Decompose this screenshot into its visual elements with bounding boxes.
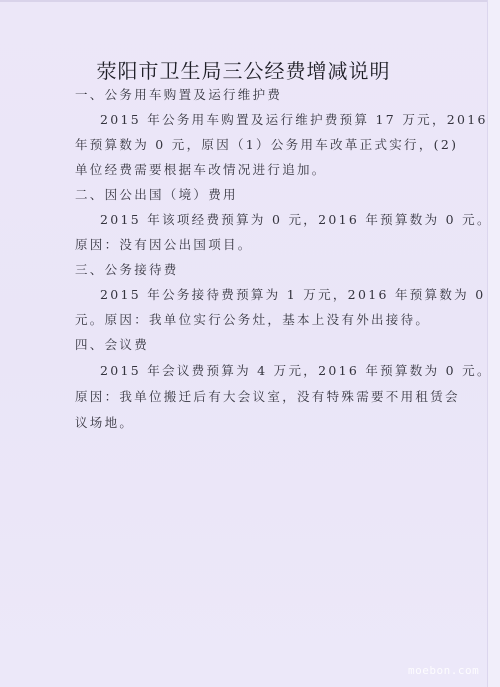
section-text-line: 原因：我单位搬迁后有大会议室，没有特殊需要不用租赁会 (75, 388, 460, 406)
section-heading-meeting: 四、会议费 (75, 336, 149, 354)
section-text-line: 2015 年该项经费预算为 0 元，2016 年预算数为 0 元。 (100, 211, 492, 229)
section-heading-reception: 三、公务接待费 (75, 261, 179, 279)
section-text-line: 2015 年会议费预算为 4 万元，2016 年预算数为 0 元。 (100, 362, 492, 380)
section-text-line: 原因：没有因公出国项目。 (75, 236, 253, 254)
section-text-line: 议场地。 (75, 414, 134, 432)
document-page: 荥阳市卫生局三公经费增减说明 一、公务用车购置及运行维护费 2015 年公务用车… (0, 0, 487, 687)
section-heading-vehicle: 一、公务用车购置及运行维护费 (75, 86, 282, 104)
watermark: moebon.com (408, 664, 479, 677)
section-text-line: 2015 年公务用车购置及运行维护费预算 17 万元，2016 (100, 111, 488, 129)
scan-top-edge (0, 0, 500, 2)
section-text-line: 元。原因：我单位实行公务灶，基本上没有外出接待。 (75, 311, 430, 329)
section-heading-overseas: 二、因公出国（境）费用 (75, 186, 238, 204)
section-text-line: 单位经费需要根据车改情况进行追加。 (75, 161, 327, 179)
scan-right-edge (487, 0, 500, 687)
section-text-line: 2015 年公务接待费预算为 1 万元，2016 年预算数为 0 (100, 286, 486, 304)
document-title: 荥阳市卫生局三公经费增减说明 (0, 58, 487, 84)
section-text-line: 年预算数为 0 元，原因（1）公务用车改革正式实行，(2) (75, 136, 458, 154)
